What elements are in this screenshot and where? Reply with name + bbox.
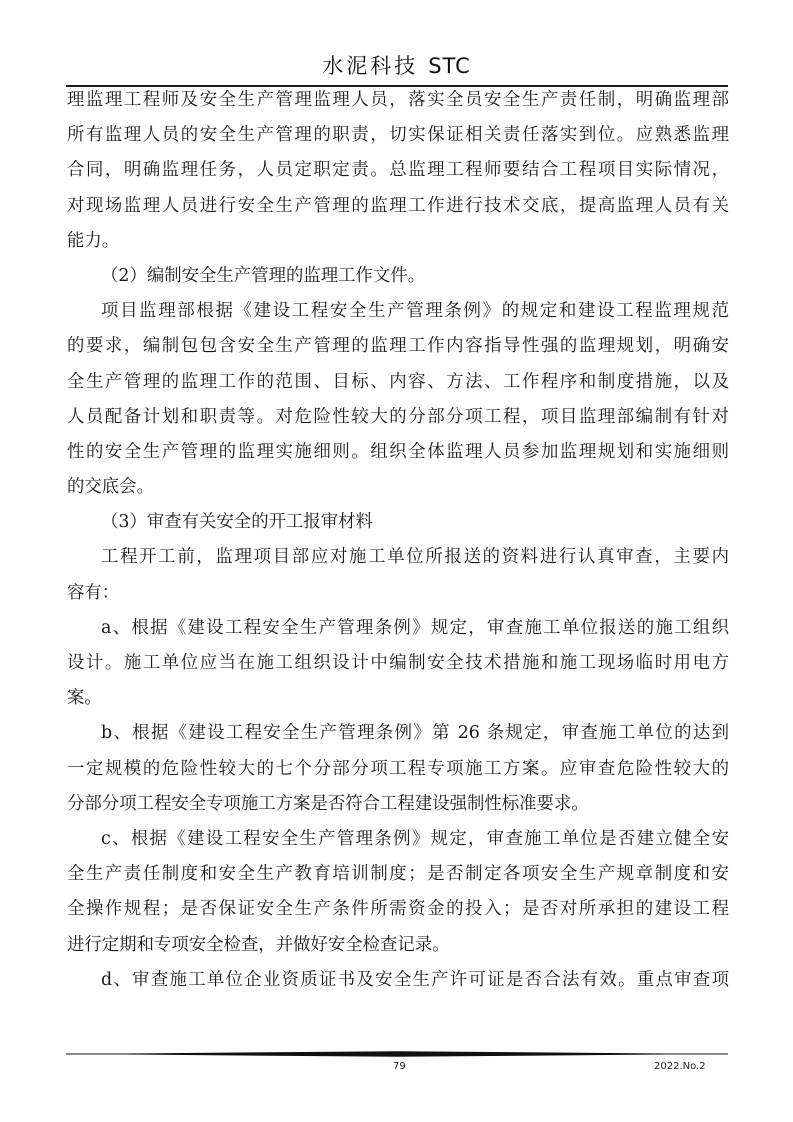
text-line: 合同，明确监理任务，人员定职定责。总监理工程师要结合工程项目实际情况， [67,153,729,188]
text-line: c、根据《建设工程安全生产管理条例》规定，审查施工单位是否建立健全安 [67,822,729,857]
article-body: 理监理工程师及安全生产管理监理人员，落实全员安全生产责任制，明确监理部 所有监理… [67,83,729,998]
text-line: 案。 [67,681,729,716]
section-heading: （3）审查有关安全的开工报审材料 [67,505,729,540]
text-line: 能力。 [67,224,729,259]
text-line: 工程开工前，监理项目部应对施工单位所报送的资料进行认真审查，主要内 [67,540,729,575]
text-line: 所有监理人员的安全生产管理的职责，切实保证相关责任落实到位。应熟悉监理 [67,118,729,153]
text-line: 容有： [67,576,729,611]
tapered-rule-icon [66,1051,728,1057]
text-line: 的交底会。 [67,470,729,505]
text-line: a、根据《建设工程安全生产管理条例》规定，审查施工单位报送的施工组织 [67,611,729,646]
text-line: 理监理工程师及安全生产管理监理人员，落实全员安全生产责任制，明确监理部 [67,83,729,118]
text-line: 全操作规程；是否保证安全生产条件所需资金的投入；是否对所承担的建设工程 [67,892,729,927]
text-line: 分部分项工程安全专项施工方案是否符合工程建设强制性标准要求。 [67,787,729,822]
text-line: 全生产管理的监理工作的范围、目标、内容、方法、工作程序和制度措施，以及 [67,365,729,400]
journal-header-title: 水泥科技STC [0,50,793,80]
text-line: 性的安全生产管理的监理实施细则。组织全体监理人员参加监理规划和实施细则 [67,435,729,470]
section-heading: （2）编制安全生产管理的监理工作文件。 [67,259,729,294]
page-number: 79 [393,1061,406,1072]
text-line: 对现场监理人员进行安全生产管理的监理工作进行技术交底，提高监理人员有关 [67,189,729,224]
text-line: d、审查施工单位企业资质证书及安全生产许可证是否合法有效。重点审查项 [67,963,729,998]
text-line: b、根据《建设工程安全生产管理条例》第 26 条规定，审查施工单位的达到 [67,716,729,751]
text-line: 人员配备计划和职责等。对危险性较大的分部分项工程，项目监理部编制有针对 [67,400,729,435]
text-line: 项目监理部根据《建设工程安全生产管理条例》的规定和建设工程监理规范 [67,294,729,329]
text-line: 全生产责任制度和安全生产教育培训制度；是否制定各项安全生产规章制度和安 [67,857,729,892]
journal-title-cn: 水泥科技 [322,54,418,78]
journal-title-en: STC [428,54,471,78]
issue-label: 2022.No.2 [654,1061,706,1072]
text-line: 设计。施工单位应当在施工组织设计中编制安全技术措施和施工现场临时用电方 [67,646,729,681]
text-line: 的要求，编制包包含安全生产管理的监理工作内容指导性强的监理规划，明确安 [67,329,729,364]
text-line: 进行定期和专项安全检查，并做好安全检查记录。 [67,928,729,963]
footer-divider [66,1051,728,1057]
text-line: 一定规模的危险性较大的七个分部分项工程专项施工方案。应审查危险性较大的 [67,752,729,787]
